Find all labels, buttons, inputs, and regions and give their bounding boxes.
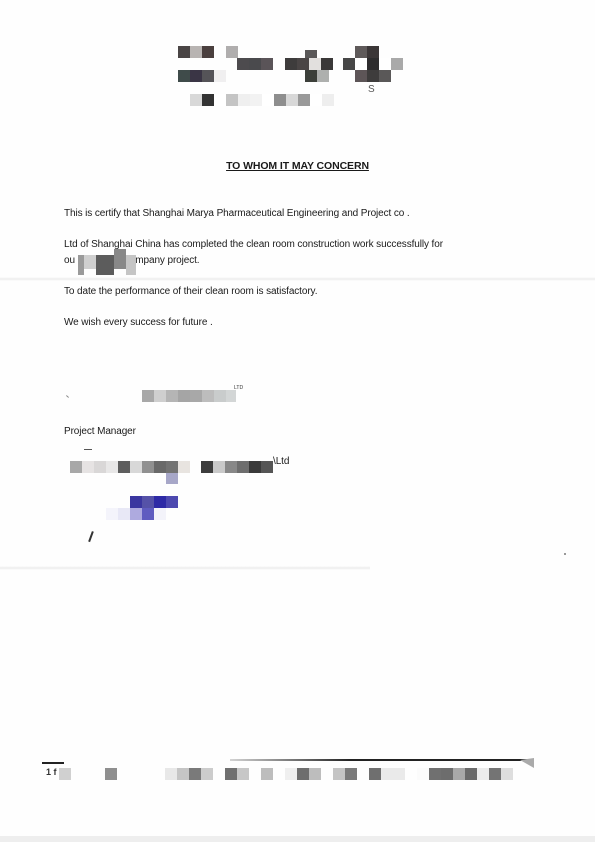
company-suffix-text: Ltd [276,456,290,467]
letter-page: S TO WHOM IT MAY CONCERN This is certify… [0,0,595,842]
stamp-suffix: LTD [234,385,243,391]
signature-redacted-top [130,496,178,508]
body-line-3-prefix: ou [64,255,75,266]
body-line-5: We wish every success for future . [64,317,213,328]
letterhead-redacted-row-4c [355,70,391,82]
letterhead-redacted-row-4b [355,46,379,58]
body-line-1: This is certify that Shanghai Marya Phar… [64,208,410,219]
letterhead-redacted-row-3 [285,58,333,70]
stamp-mark [66,395,69,398]
body-line-3-text: company project. [125,255,200,266]
body-line-4: To date the performance of their clean r… [64,286,317,297]
letterhead-fragment: S [368,84,375,95]
redacted-company-name [78,249,136,275]
footer-rule-short [42,762,64,764]
signatory-role: Project Manager [64,426,136,437]
redacted-signatory-company-2 [201,461,273,473]
paper-bottom-edge [0,836,595,842]
letterhead-redacted-row-2 [237,58,273,70]
letterhead-redacted-row-6 [190,94,334,106]
footer-prefix: 1 f [46,767,57,777]
paper-fold-2 [0,566,370,570]
company-suffix: \Ltd [273,456,289,467]
pen-mark [84,449,92,450]
letterhead-redacted-row-3b [305,50,317,58]
letterhead-redacted-row-3c [305,70,329,82]
letterhead-redacted-row-5 [178,70,226,82]
redacted-signatory-company [70,461,190,473]
redacted-pixel [166,473,178,484]
stamp-redacted [142,390,236,402]
footer-rule [230,759,530,761]
signature-redacted-bottom [106,508,166,520]
paper-fold [0,277,595,281]
letter-title-text: TO WHOM IT MAY CONCERN [226,160,369,172]
letterhead-redacted-row-4 [343,58,403,70]
letter-title: TO WHOM IT MAY CONCERN [0,160,595,172]
footer-redacted [59,768,513,780]
letterhead-redacted-row-1 [178,46,238,58]
signature-stroke [88,531,93,542]
speck [564,553,566,555]
